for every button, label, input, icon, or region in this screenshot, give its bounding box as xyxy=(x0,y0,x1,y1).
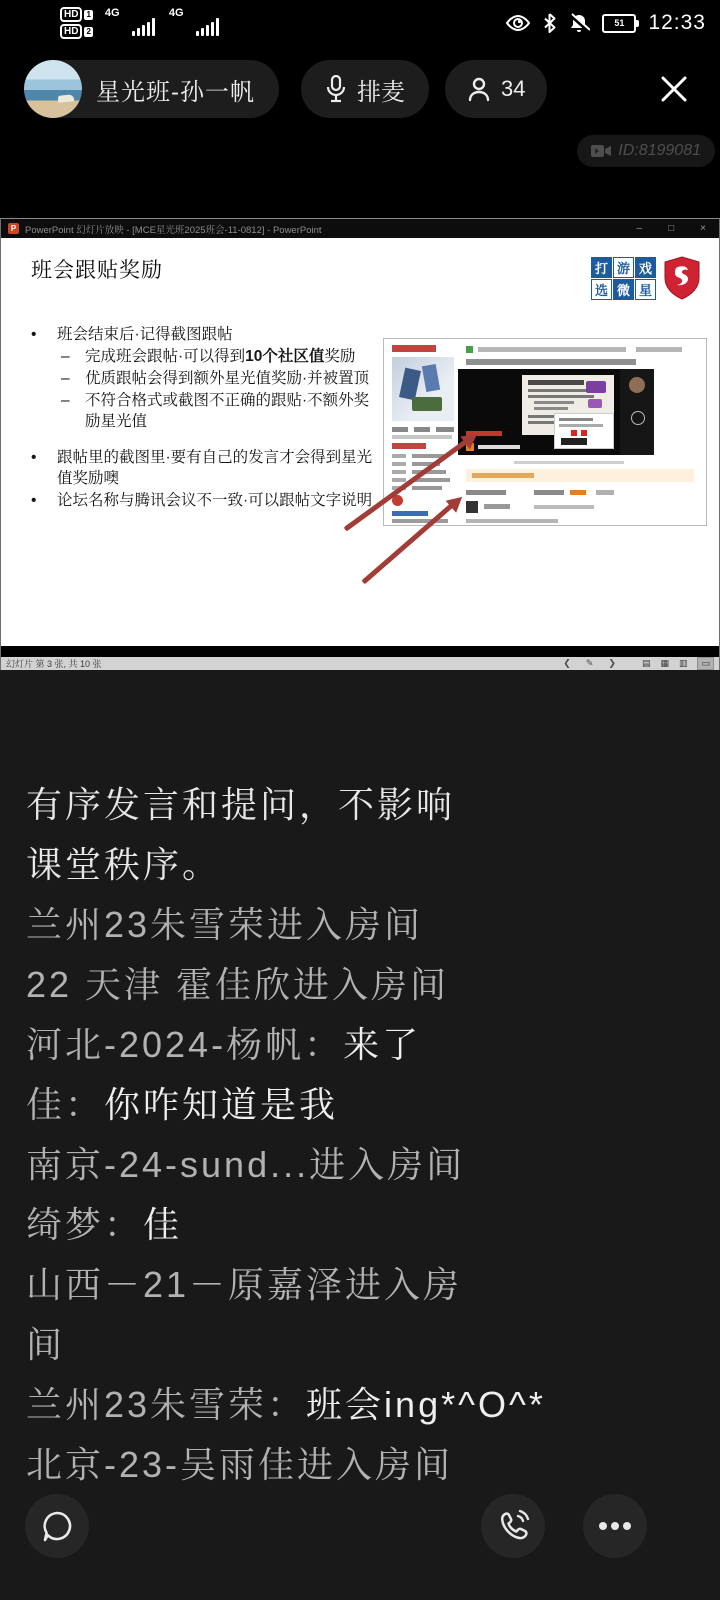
hd-label: HD xyxy=(60,24,82,39)
room-id-text: ID:8199081 xyxy=(618,142,701,160)
chat-message: 河北-2024-杨帆：来了 xyxy=(26,1020,710,1080)
bullet-subitem: – 不符合格式或截图不正确的跟贴·不额外奖励星光值 xyxy=(31,390,379,432)
maximize-icon[interactable]: □ xyxy=(668,223,674,234)
room-header: 星光班-孙一帆 排麦 34 xyxy=(0,58,720,120)
hd-voice-badges: HD 1 HD 2 xyxy=(60,7,93,39)
powerpoint-icon: P xyxy=(8,223,19,234)
hd1-badge: HD 1 xyxy=(60,7,93,22)
msi-brand-logos: 打 游 戏 选 微 星 xyxy=(591,256,701,300)
chat-message: 课堂秩序。 xyxy=(26,840,710,900)
msi-dragon-shield-icon xyxy=(663,256,701,300)
normal-view-icon[interactable]: ▤ xyxy=(642,658,651,669)
slide-position-text: 幻灯片 第 3 张, 共 10 张 xyxy=(6,657,102,670)
chat-join-notice: 间 xyxy=(26,1320,710,1380)
battery-icon: 51 xyxy=(602,14,636,33)
webcam-avatar xyxy=(629,377,645,393)
chat-message: 兰州23朱雪荣：班会ing*^O^* xyxy=(26,1380,710,1440)
mic-icon xyxy=(325,75,347,103)
phone-screen: HD 1 HD 2 4G 4G 51 xyxy=(0,0,720,1600)
prev-slide-icon[interactable]: ❮ xyxy=(563,658,571,669)
bullet-item: • 跟帖里的截图里·要有自己的发言才会得到星光值奖励噢 xyxy=(31,447,379,489)
slide-sorter-view-icon[interactable]: ▦ xyxy=(660,658,669,669)
slideshow-view-icon[interactable]: ▭ xyxy=(697,657,714,670)
slide-canvas: 班会跟贴奖励 打 游 戏 选 微 星 • 班会结束后·记得截图跟帖 xyxy=(1,238,719,646)
forum-post-title xyxy=(466,359,636,365)
forum-username xyxy=(392,345,436,352)
ppt-window-title: PowerPoint 幻灯片放映 - [MCE星光班2025班会-11-0812… xyxy=(25,222,322,236)
powerpoint-window: P PowerPoint 幻灯片放映 - [MCE星光班2025班会-11-08… xyxy=(0,218,720,670)
forum-breadcrumb xyxy=(478,347,626,352)
eye-comfort-icon xyxy=(505,14,531,32)
pen-annotate-icon[interactable]: ✎ xyxy=(586,658,594,669)
more-options-button[interactable] xyxy=(583,1494,647,1558)
forum-avatar-illustration xyxy=(392,357,454,421)
android-status-bar: HD 1 HD 2 4G 4G 51 xyxy=(0,0,720,46)
signal-sim2-icon: 4G xyxy=(169,8,221,38)
slide-title: 班会跟贴奖励 xyxy=(31,254,163,284)
chat-message-area[interactable]: 有序发言和提问，不影响 课堂秩序。 兰州23朱雪荣进入房间 22 天津 霍佳欣进… xyxy=(0,670,720,1600)
msi-slogan-logo: 打 游 戏 选 微 星 xyxy=(591,257,656,300)
open-chat-button[interactable] xyxy=(25,1494,89,1558)
hd-label: HD xyxy=(60,7,82,22)
hd2-badge: HD 2 xyxy=(60,24,93,39)
forum-stat xyxy=(414,427,430,432)
forum-breadcrumb-icon xyxy=(466,346,473,353)
room-id-watermark: ID:8199081 xyxy=(577,135,715,167)
signal-sim1-icon: 4G xyxy=(105,8,157,38)
host-avatar[interactable] xyxy=(24,60,82,118)
room-name: 星光班-孙一帆 xyxy=(96,72,255,107)
ppt-title-bar: P PowerPoint 幻灯片放映 - [MCE星光班2025班会-11-08… xyxy=(1,218,719,238)
forum-screenshot-image xyxy=(383,338,707,526)
chat-message: 绮梦：佳 xyxy=(26,1200,710,1260)
forum-reply-header xyxy=(466,490,506,495)
forum-stat xyxy=(436,427,454,432)
forum-level-tag xyxy=(392,443,426,449)
next-slide-icon[interactable]: ❯ xyxy=(608,658,616,669)
member-count: 34 xyxy=(501,76,525,102)
clock-time: 12:33 xyxy=(648,11,706,35)
video-camera-icon xyxy=(591,144,611,158)
bluetooth-icon xyxy=(543,13,556,33)
chat-bubble-icon xyxy=(39,1508,75,1544)
forum-stat xyxy=(392,427,408,432)
chat-message: 有序发言和提问，不影响 xyxy=(26,780,710,840)
chat-join-notice: 北京-23-吴雨佳进入房间 xyxy=(26,1440,710,1500)
slideshow-letterbox xyxy=(1,646,719,657)
window-close-icon[interactable]: × xyxy=(700,223,706,234)
person-icon xyxy=(467,76,491,102)
chat-join-notice: 山西－21－原嘉泽进入房 xyxy=(26,1260,710,1320)
reading-view-icon[interactable]: ▥ xyxy=(679,658,688,669)
voice-call-button[interactable] xyxy=(481,1494,545,1558)
raise-mic-label: 排麦 xyxy=(357,72,405,107)
forum-reply-avatar xyxy=(466,501,478,513)
mute-bell-icon xyxy=(568,13,590,33)
chat-join-notice: 南京-24-sund...进入房间 xyxy=(26,1140,710,1200)
chat-join-notice: 22 天津 霍佳欣进入房间 xyxy=(26,960,710,1020)
chat-join-notice: 兰州23朱雪荣进入房间 xyxy=(26,900,710,960)
room-info-chip[interactable]: 星光班-孙一帆 xyxy=(24,60,279,118)
raise-mic-button[interactable]: 排麦 xyxy=(301,60,429,118)
slide-bullet-list: • 班会结束后·记得截图跟帖 – 完成班会跟帖·可以得到10个社区值奖励 – 优… xyxy=(31,324,379,512)
bullet-subitem: – 优质跟帖会得到额外星光值奖励·并被置顶 xyxy=(31,368,379,389)
bullet-item: • 班会结束后·记得截图跟帖 xyxy=(31,324,379,345)
bullet-subitem: – 完成班会跟帖·可以得到10个社区值奖励 xyxy=(31,346,379,367)
forum-link xyxy=(392,511,428,516)
ellipsis-icon xyxy=(597,1520,633,1532)
minimize-icon[interactable]: – xyxy=(637,223,643,234)
member-count-button[interactable]: 34 xyxy=(445,60,547,118)
chat-message: 佳：你咋知道是我 xyxy=(26,1080,710,1140)
phone-call-icon xyxy=(495,1508,531,1544)
close-room-button[interactable] xyxy=(652,67,696,111)
forum-embedded-meeting-shot xyxy=(458,369,654,455)
close-icon xyxy=(657,72,691,106)
bullet-item: • 论坛名称与腾讯会议不一致·可以跟帖文字说明 xyxy=(31,490,379,511)
ppt-status-bar: 幻灯片 第 3 张, 共 10 张 ❮ ✎ ❯ ▤ ▦ ▥ ▭ xyxy=(1,657,719,670)
